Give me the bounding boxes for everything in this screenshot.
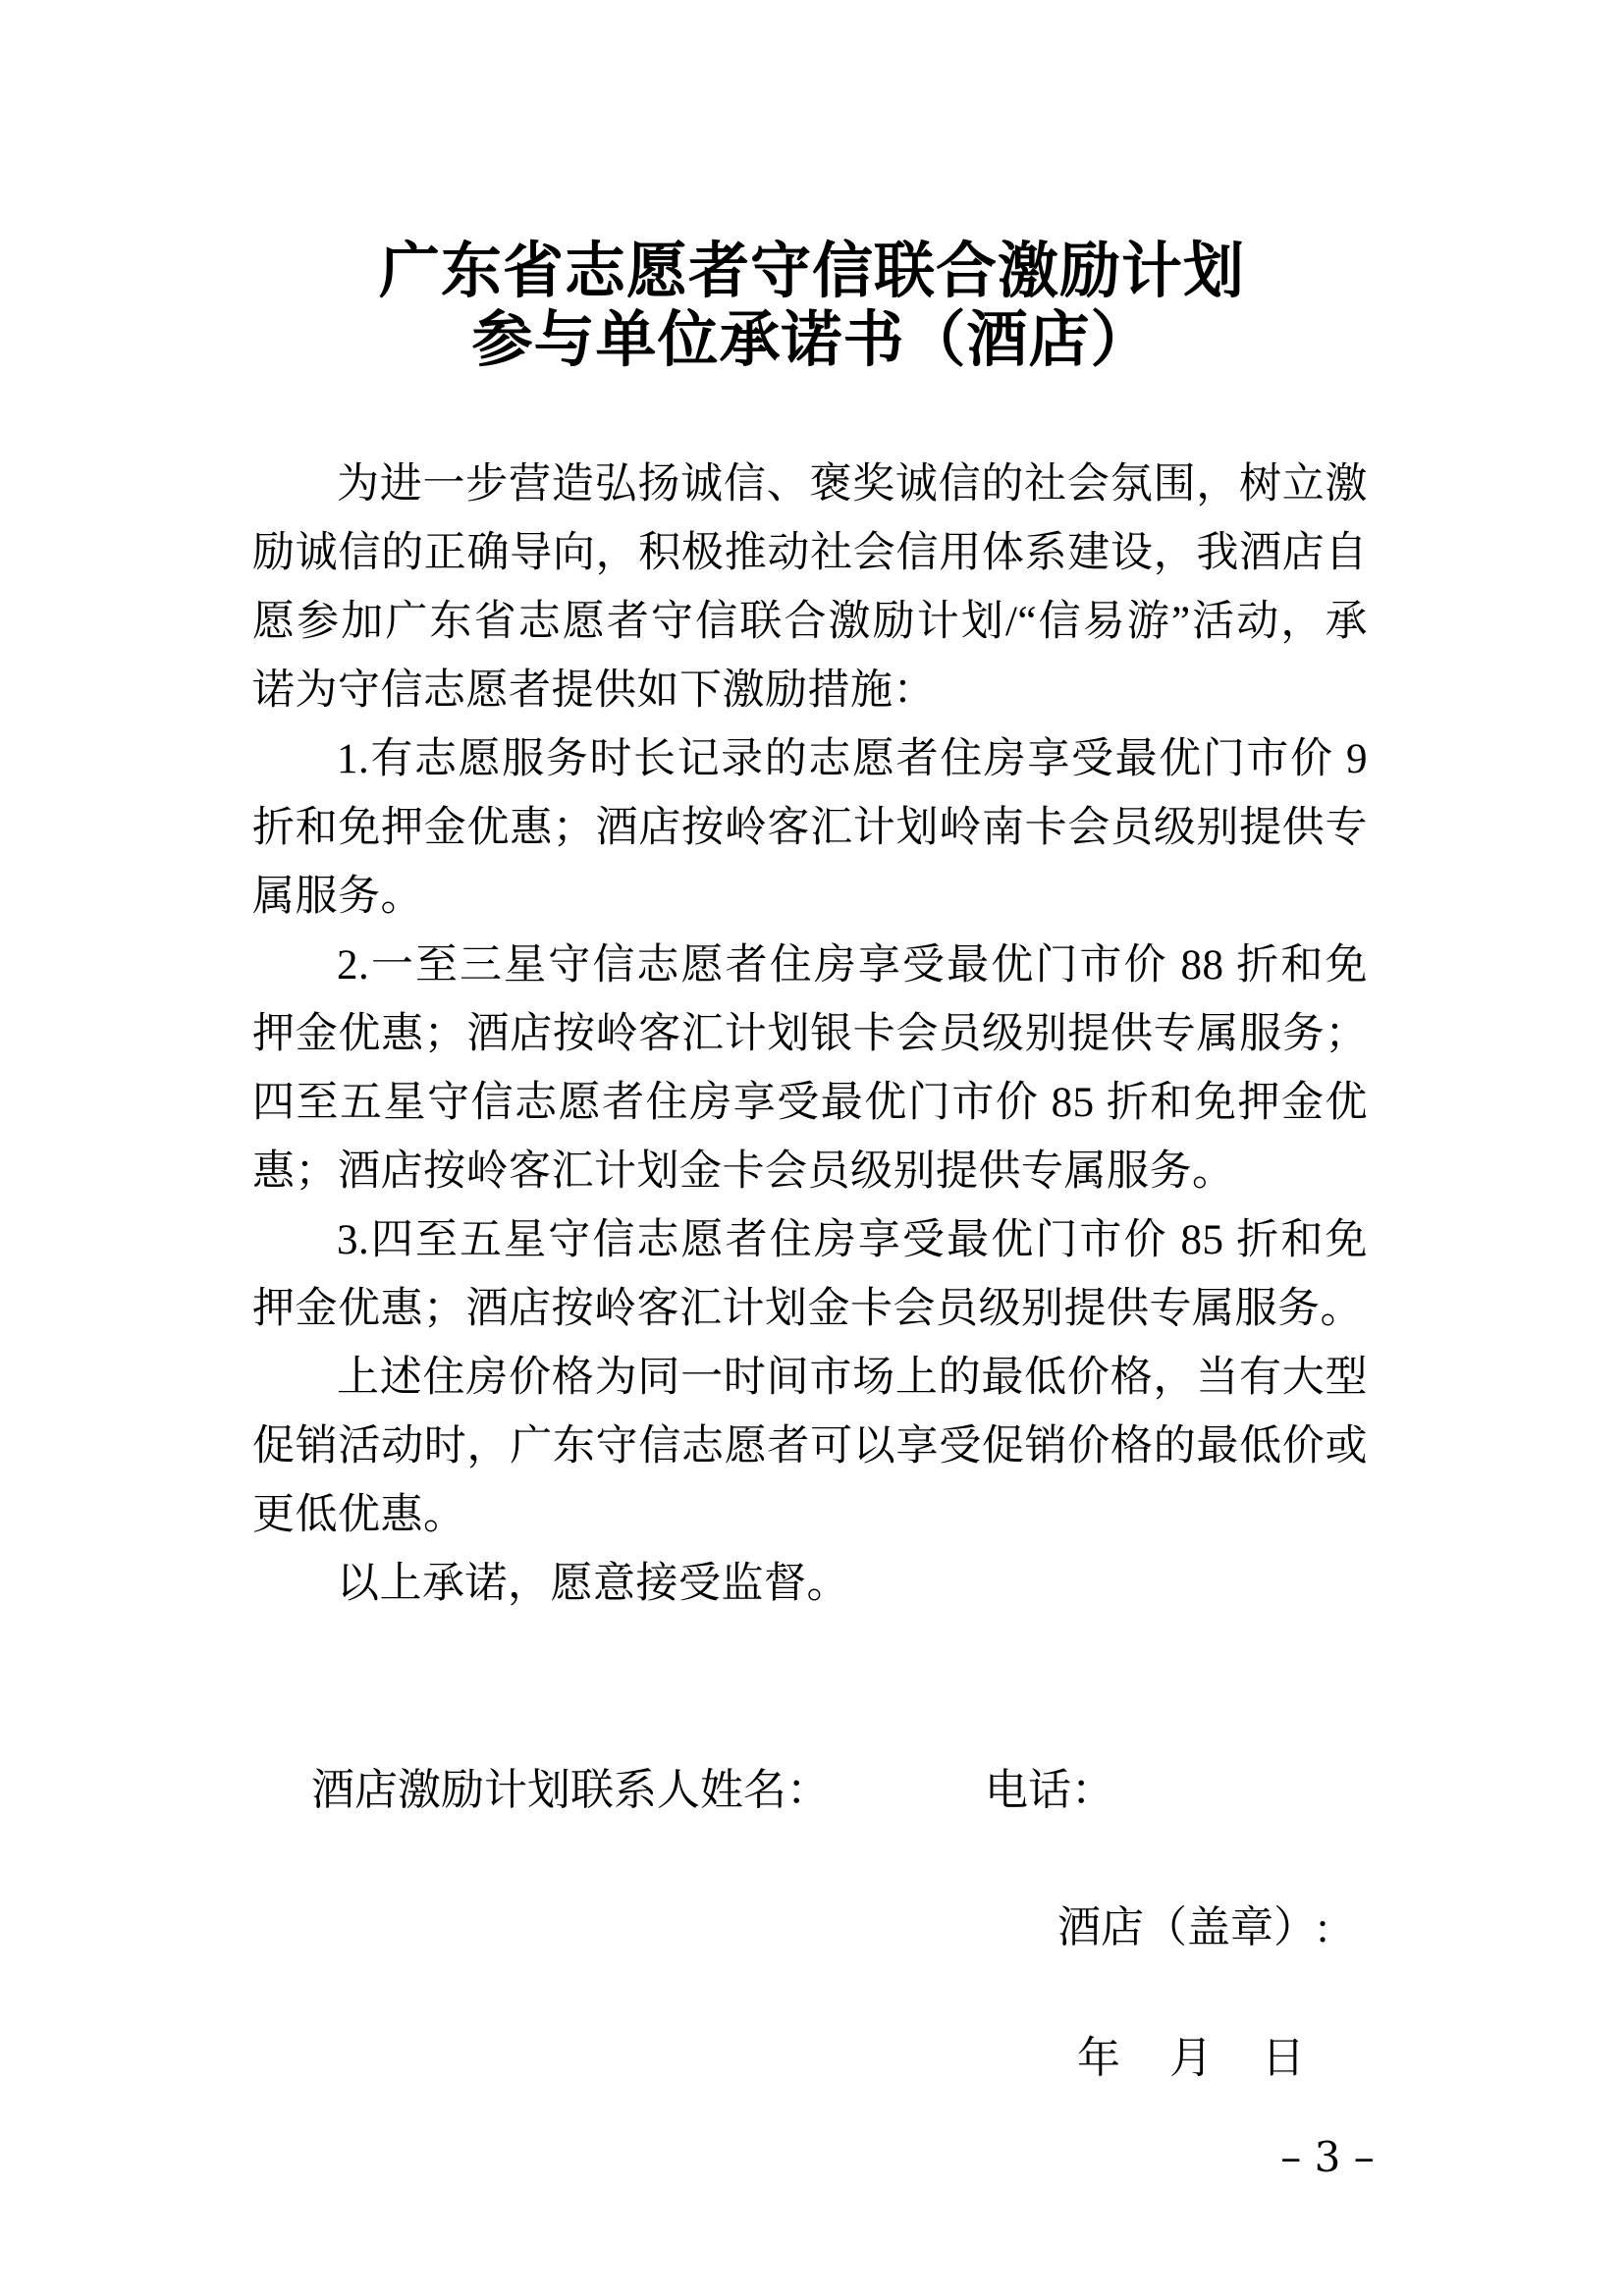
- stamp-label: 酒店（盖章）:: [1057, 1902, 1328, 1953]
- page-number: – 3 –: [1267, 2134, 1388, 2181]
- paragraph-intro: 为进一步营造弘扬诚信、褒奖诚信的社会氛围，树立激励诚信的正确导向，积极推动社会信…: [252, 451, 1368, 725]
- date-year-label: 年: [1077, 2034, 1120, 2082]
- contact-line: 酒店激励计划联系人姓名：电话：: [311, 1765, 1114, 1816]
- date-day-label: 日: [1262, 2034, 1305, 2082]
- paragraph-item-1: 1.有志愿服务时长记录的志愿者住房享受最优门市价 9 折和免押金优惠；酒店按岭客…: [252, 725, 1368, 932]
- date-month-label: 月: [1169, 2034, 1213, 2082]
- contact-name-label: 酒店激励计划联系人姓名：: [311, 1766, 830, 1814]
- title-line-1: 广东省志愿者守信联合激励计划: [0, 238, 1624, 306]
- paragraph-item-3: 3.四至五星守信志愿者住房享受最优门市价 85 折和免押金优惠；酒店按岭客汇计划…: [252, 1206, 1368, 1344]
- paragraph-supervision: 以上承诺，愿意接受监督。: [252, 1550, 1368, 1619]
- phone-label: 电话：: [985, 1766, 1114, 1814]
- title-line-2: 参与单位承诺书（酒店）: [0, 306, 1624, 375]
- document-title: 广东省志愿者守信联合激励计划 参与单位承诺书（酒店）: [0, 238, 1624, 375]
- document-body: 为进一步营造弘扬诚信、褒奖诚信的社会氛围，树立激励诚信的正确导向，积极推动社会信…: [252, 451, 1368, 1619]
- page: 广东省志愿者守信联合激励计划 参与单位承诺书（酒店） 为进一步营造弘扬诚信、褒奖…: [0, 0, 1624, 2296]
- paragraph-price-note: 上述住房价格为同一时间市场上的最低价格，当有大型促销活动时，广东守信志愿者可以享…: [252, 1344, 1368, 1550]
- paragraph-item-2: 2.一至三星守信志愿者住房享受最优门市价 88 折和免押金优惠；酒店按岭客汇计划…: [252, 932, 1368, 1206]
- date-line: 年月日: [1077, 2033, 1305, 2084]
